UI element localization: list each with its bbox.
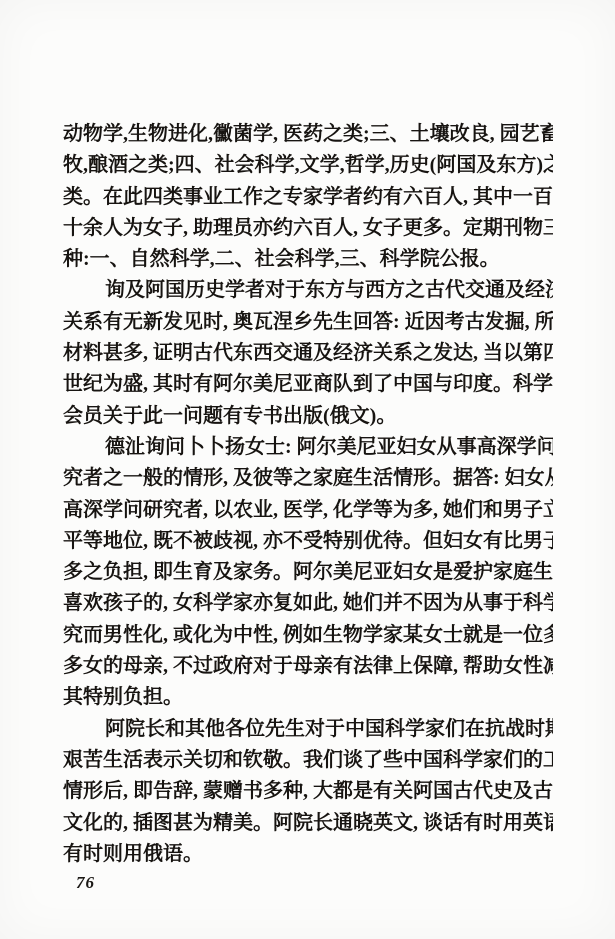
text-line: 阿院长和其他各位先生对于中国科学家们在抗战时期的 (63, 714, 553, 745)
paragraph: 德沚询问卜卜扬女士: 阿尔美尼亚妇女从事高深学问研究者之一般的情形, 及彼等之家… (63, 432, 553, 714)
text-line: 艰苦生活表示关切和钦敬。我们谈了些中国科学家们的工作 (63, 745, 553, 776)
text-line: 世纪为盛, 其时有阿尔美尼亚商队到了中国与印度。科学院 (63, 369, 553, 400)
paragraph: 询及阿国历史学者对于东方与西方之古代交通及经济的关系有无新发见时, 奥瓦涅乡先生… (63, 275, 553, 431)
text-line: 其特别负担。 (63, 682, 553, 713)
text-line: 情形后, 即告辞, 蒙赠书多种, 大都是有关阿国古代史及古代 (63, 776, 553, 807)
text-line: 多之负担, 即生育及家务。阿尔美尼亚妇女是爱护家庭生活, (63, 557, 553, 588)
text-line: 文化的, 插图甚为精美。阿院长通晓英文, 谈话有时用英语, (63, 808, 553, 839)
text-line: 种:一、自然科学,二、社会科学,三、科学院公报。 (63, 244, 553, 275)
text-line: 平等地位, 既不被歧视, 亦不受特别优待。但妇女有比男子更 (63, 526, 553, 557)
text-line: 会员关于此一问题有专书出版(俄文)。 (63, 401, 553, 432)
text-line: 材料甚多, 证明古代东西交通及经济关系之发达, 当以第四五 (63, 338, 553, 369)
book-page: 动物学,生物进化,黴菌学, 医药之类;三、土壤改良, 园艺畜牧,酿酒之类;四、社… (0, 0, 615, 939)
text-line: 十余人为女子, 助理员亦约六百人, 女子更多。定期刊物三 (63, 213, 553, 244)
page-number: 76 (63, 873, 553, 893)
text-line: 喜欢孩子的, 女科学家亦复如此, 她们并不因为从事于科学研 (63, 588, 553, 619)
text-line: 有时则用俄语。 (63, 839, 553, 870)
text-line: 多女的母亲, 不过政府对于母亲有法律上保障, 帮助女性减轻 (63, 651, 553, 682)
text-line: 询及阿国历史学者对于东方与西方之古代交通及经济的 (63, 275, 553, 306)
paragraph: 阿院长和其他各位先生对于中国科学家们在抗战时期的艰苦生活表示关切和钦敬。我们谈了… (63, 714, 553, 870)
text-line: 究而男性化, 或化为中性, 例如生物学家某女士就是一位多男 (63, 620, 553, 651)
text-line: 关系有无新发见时, 奥瓦涅乡先生回答: 近因考古发掘, 所得 (63, 307, 553, 338)
paragraph: 动物学,生物进化,黴菌学, 医药之类;三、土壤改良, 园艺畜牧,酿酒之类;四、社… (63, 119, 553, 275)
text-line: 高深学问研究者, 以农业, 医学, 化学等为多, 她们和男子立于 (63, 495, 553, 526)
text-block: 动物学,生物进化,黴菌学, 医药之类;三、土壤改良, 园艺畜牧,酿酒之类;四、社… (63, 119, 553, 870)
text-line: 动物学,生物进化,黴菌学, 医药之类;三、土壤改良, 园艺畜 (63, 119, 553, 150)
text-line: 牧,酿酒之类;四、社会科学,文学,哲学,历史(阿国及东方)之 (63, 150, 553, 181)
text-line: 德沚询问卜卜扬女士: 阿尔美尼亚妇女从事高深学问研 (63, 432, 553, 463)
text-line: 究者之一般的情形, 及彼等之家庭生活情形。据答: 妇女从事 (63, 463, 553, 494)
text-line: 类。在此四类事业工作之专家学者约有六百人, 其中一百五 (63, 182, 553, 213)
